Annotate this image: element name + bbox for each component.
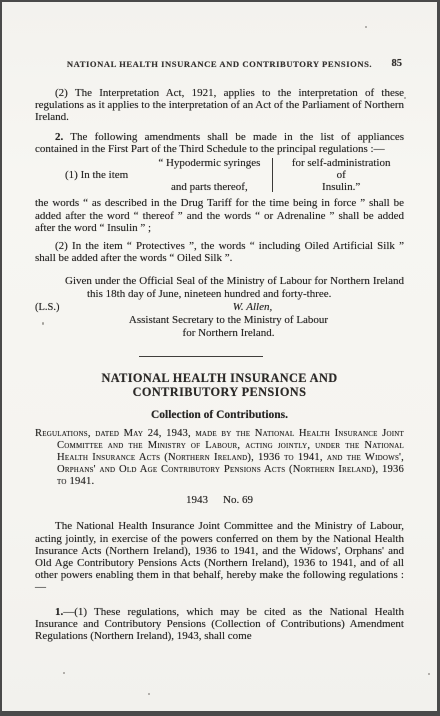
scan-speck-1: [365, 26, 367, 28]
paragraph-citation: 1.—(1) These regulations, which may be c…: [35, 606, 404, 643]
schedule-item-quote-left: “ Hypodermic syringes and parts thereof,: [149, 157, 269, 193]
schedule-item-left-line1: “ Hypodermic syringes: [149, 157, 269, 169]
paragraph-drug-tariff: the words “ as described in the Drug Tar…: [35, 197, 404, 234]
signature-role-line2: for Northern Ireland.: [35, 327, 404, 340]
schedule-item-left-line2: and parts thereof,: [149, 181, 269, 193]
docket-year: 1943: [186, 494, 208, 506]
paragraph-official-seal: Given under the Official Seal of the Min…: [87, 275, 404, 299]
paragraph-protectives: (2) In the item “ Protectives ”, the wor…: [35, 240, 404, 264]
schedule-item-quote-right: for self-administration of Insulin.”: [278, 157, 404, 193]
running-header-title: NATIONAL HEALTH INSURANCE AND CONTRIBUTO…: [67, 59, 372, 69]
signature-row: (L.S.) W. Allen,: [35, 301, 404, 314]
scan-speck-6: [42, 322, 44, 325]
document-page: NATIONAL HEALTH INSURANCE AND CONTRIBUTO…: [0, 0, 440, 716]
paragraph-amendments: 2.The following amendments shall be made…: [35, 131, 404, 155]
section-divider-rule: [139, 356, 263, 357]
section-subtitle: Collection of Contributions.: [35, 409, 404, 421]
docket-line: 1943 No. 69: [35, 494, 404, 506]
scan-speck-5: [428, 673, 430, 675]
running-header: NATIONAL HEALTH INSURANCE AND CONTRIBUTO…: [35, 59, 404, 70]
paragraph-citation-number: 1.: [55, 606, 63, 618]
scan-speck-3: [63, 672, 65, 674]
paragraph-preamble: The National Health Insurance Joint Comm…: [35, 520, 404, 593]
docket-number: No. 69: [223, 494, 253, 506]
paragraph-interpretation-act: (2) The Interpretation Act, 1921, applie…: [35, 87, 404, 124]
paragraph-citation-text: —(1) These regulations, which may be cit…: [35, 606, 404, 642]
schedule-item-right-line1: for self-administration: [278, 157, 404, 169]
paragraph-recital: Regulations, dated May 24, 1943, made by…: [35, 428, 404, 488]
signature-name: W. Allen,: [35, 301, 404, 313]
page-number: 85: [392, 58, 403, 69]
schedule-item-label: (1) In the item: [65, 157, 149, 193]
schedule-item-hypodermic: (1) In the item “ Hypodermic syringes an…: [65, 157, 404, 193]
scan-speck-4: [148, 693, 150, 695]
schedule-item-label-text: (1) In the item: [65, 169, 128, 181]
paragraph-amendments-number: 2.: [55, 131, 63, 143]
seal-mark-ls: (L.S.): [35, 302, 60, 313]
paragraph-amendments-text: The following amendments shall be made i…: [35, 131, 404, 155]
schedule-item-right-line3: Insulin.”: [278, 181, 404, 193]
section-title: NATIONAL HEALTH INSURANCE AND CONTRIBUTO…: [60, 372, 380, 400]
scan-speck-2: [404, 97, 406, 99]
signature-role-line1: Assistant Secretary to the Ministry of L…: [35, 314, 404, 327]
schedule-item-right-line2: of: [278, 169, 404, 181]
schedule-item-divider-bar: [272, 158, 273, 192]
